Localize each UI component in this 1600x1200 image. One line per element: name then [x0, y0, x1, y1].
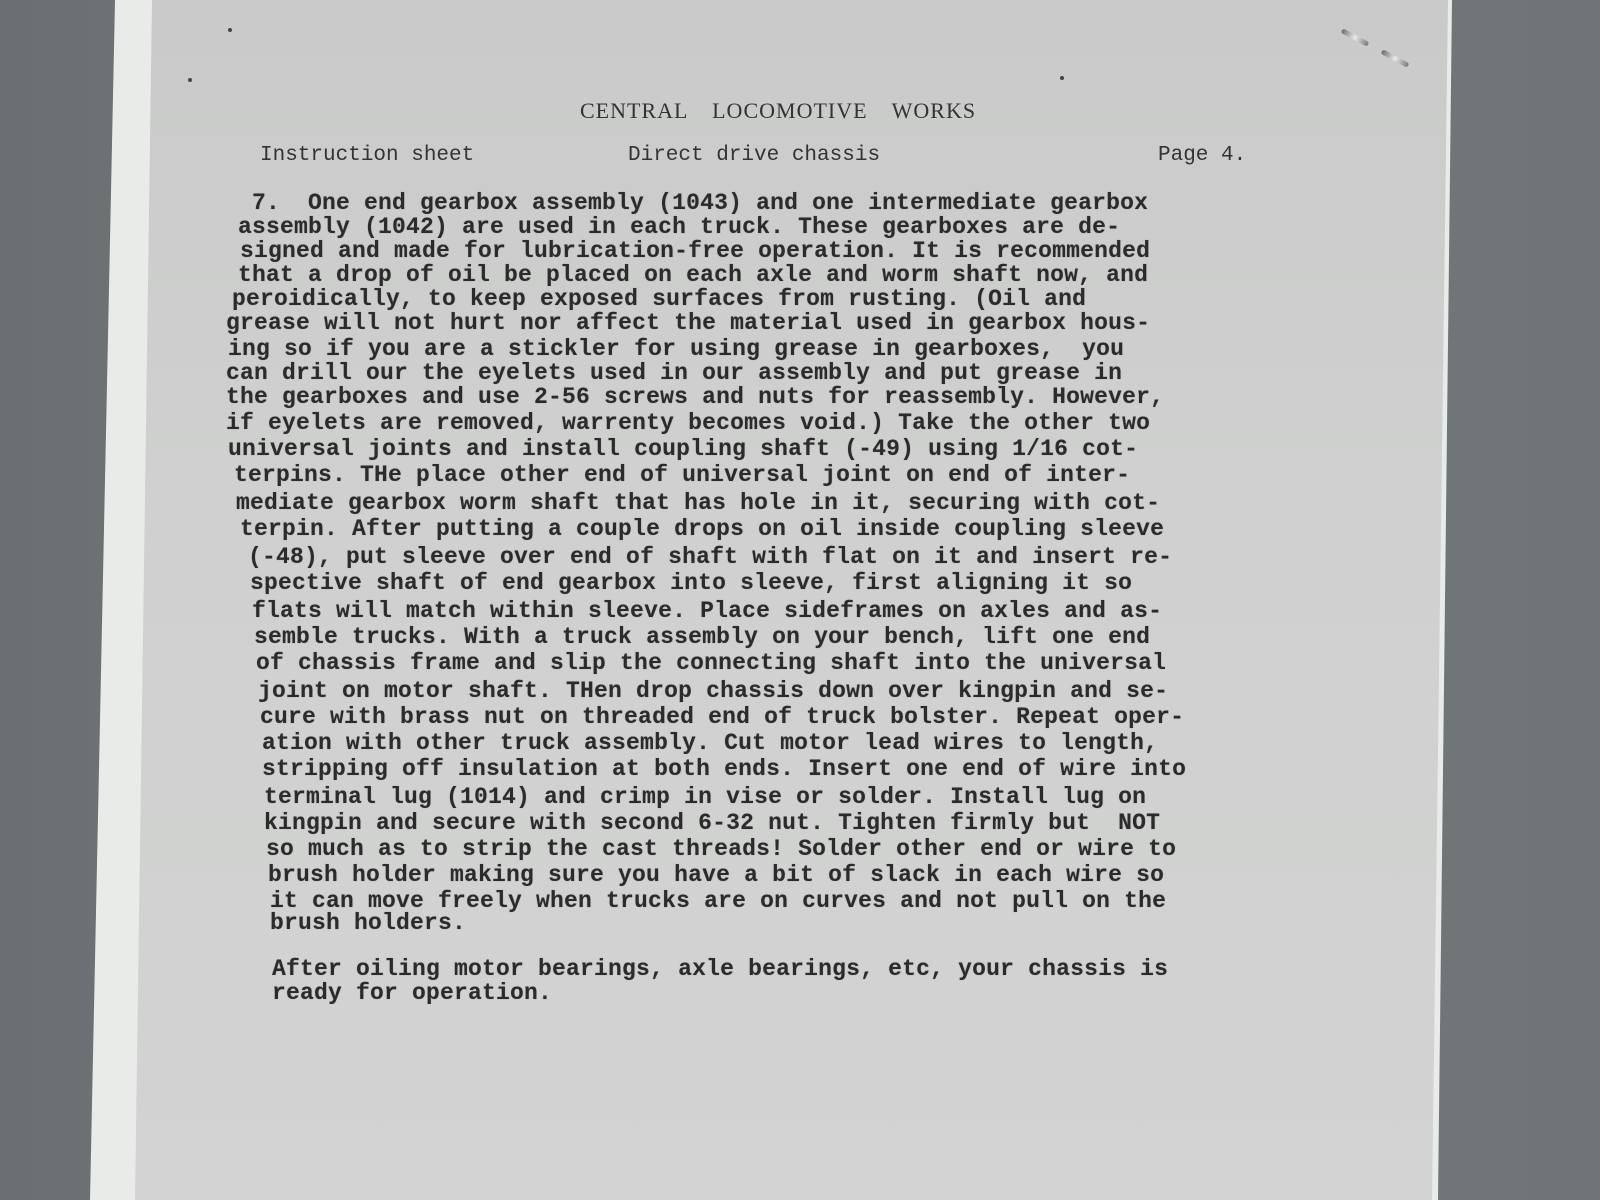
paper-speck: [188, 78, 192, 82]
text-line: peroidically, to keep exposed surfaces f…: [232, 286, 1086, 312]
text-line: if eyelets are removed, warrenty becomes…: [226, 410, 1150, 436]
text-line: stripping off insulation at both ends. I…: [262, 756, 1186, 782]
text-line: assembly (1042) are used in each truck. …: [238, 214, 1120, 240]
text-line: 7. One end gearbox assembly (1043) and o…: [252, 190, 1148, 216]
text-line: ready for operation.: [272, 980, 552, 1006]
text-line: universal joints and install coupling sh…: [228, 436, 1138, 462]
text-line: joint on motor shaft. THen drop chassis …: [258, 678, 1168, 704]
text-line: signed and made for lubrication-free ope…: [240, 238, 1150, 264]
text-line: brush holder making sure you have a bit …: [268, 862, 1164, 888]
sheet-type: Instruction sheet: [260, 144, 474, 167]
text-line: so much as to strip the cast threads! So…: [266, 836, 1176, 862]
text-line: terminal lug (1014) and crimp in vise or…: [264, 784, 1146, 810]
text-line: kingpin and secure with second 6-32 nut.…: [264, 810, 1160, 836]
text-line: of chassis frame and slip the connecting…: [256, 650, 1166, 676]
text-line: cure with brass nut on threaded end of t…: [260, 704, 1184, 730]
paper-speck: [1060, 76, 1064, 80]
page-number: Page 4.: [1158, 144, 1246, 167]
text-line: mediate gearbox worm shaft that has hole…: [236, 490, 1160, 516]
text-line: flats will match within sleeve. Place si…: [252, 598, 1162, 624]
text-line: ing so if you are a stickler for using g…: [228, 336, 1124, 362]
text-line: spective shaft of end gearbox into sleev…: [250, 570, 1132, 596]
text-line: terpins. THe place other end of universa…: [234, 462, 1130, 488]
text-line: semble trucks. With a truck assembly on …: [254, 624, 1150, 650]
text-line: After oiling motor bearings, axle bearin…: [272, 956, 1168, 982]
text-line: (-48), put sleeve over end of shaft with…: [248, 544, 1172, 570]
paper-speck: [228, 28, 232, 32]
text-line: terpin. After putting a couple drops on …: [240, 516, 1164, 542]
text-line: can drill our the eyelets used in our as…: [226, 360, 1122, 386]
company-title: CENTRAL LOCOMOTIVE WORKS: [580, 98, 976, 124]
text-line: brush holders.: [270, 910, 466, 936]
text-line: ation with other truck assembly. Cut mot…: [262, 730, 1158, 756]
sheet-subject: Direct drive chassis: [628, 144, 880, 167]
text-line: that a drop of oil be placed on each axl…: [238, 262, 1148, 288]
text-line: grease will not hurt nor affect the mate…: [226, 310, 1150, 336]
text-line: the gearboxes and use 2-56 screws and nu…: [226, 384, 1164, 410]
